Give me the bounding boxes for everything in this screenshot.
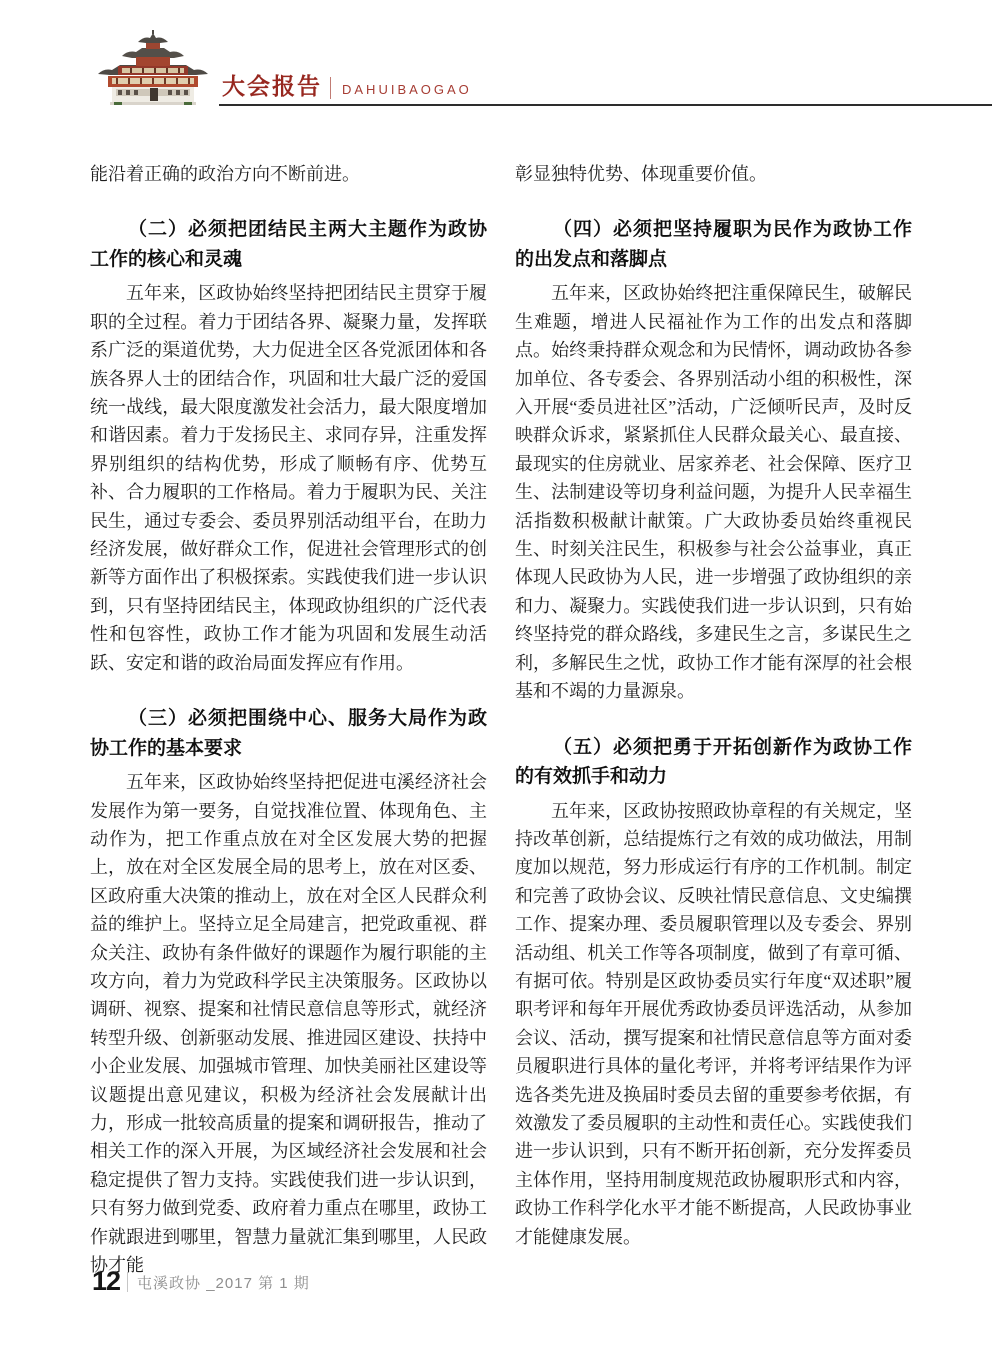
section-4-paragraph: 五年来，区政协始终把注重保障民生，破解民生难题，增进人民福祉作为工作的出发点和落…: [515, 279, 912, 705]
section-title-pinyin: DAHUIBAOGAO: [342, 82, 472, 100]
article-body: 能沿着正确的政治方向不断前进。 （二）必须把团结民主两大主题作为政协工作的核心和…: [90, 151, 912, 1279]
paragraph-continuation: 能沿着正确的政治方向不断前进。: [90, 160, 487, 188]
section-title: 大会报告: [222, 74, 322, 100]
masthead: 大会报告 DAHUIBAOGAO: [222, 68, 472, 100]
paragraph-continuation: 彰显独特优势、体现重要价值。: [515, 160, 912, 188]
section-3-paragraph: 五年来，区政协始终坚持把促进屯溪经济社会发展作为第一要务，自觉找准位置、体现角色…: [90, 768, 487, 1279]
issue-label: 屯溪政协 _2017 第 1 期: [137, 1269, 310, 1293]
section-heading-4: （四）必须把坚持履职为民作为政协工作的出发点和落脚点: [515, 215, 912, 274]
pavilion-building-logo-icon: [88, 30, 218, 108]
section-5-paragraph: 五年来，区政协按照政协章程的有关规定，坚持改革创新，总结提炼行之有效的成功做法，…: [515, 797, 912, 1252]
section-2-paragraph: 五年来，区政协始终坚持把团结民主贯穿于履职的全过程。着力于团结各界、凝聚力量，发…: [90, 279, 487, 677]
section-heading-2: （二）必须把团结民主两大主题作为政协工作的核心和灵魂: [90, 215, 487, 274]
footer-divider: [127, 1272, 128, 1292]
right-column: 彰显独特优势、体现重要价值。 （四）必须把坚持履职为民作为政协工作的出发点和落脚…: [515, 151, 912, 1279]
page-footer: 12 屯溪政协 _2017 第 1 期: [92, 1266, 310, 1296]
masthead-divider: [330, 77, 331, 99]
header-rule: [219, 104, 992, 106]
section-heading-5: （五）必须把勇于开拓创新作为政协工作的有效抓手和动力: [515, 733, 912, 792]
left-column: 能沿着正确的政治方向不断前进。 （二）必须把团结民主两大主题作为政协工作的核心和…: [90, 151, 487, 1279]
page-number: 12: [92, 1266, 120, 1297]
section-heading-3: （三）必须把围绕中心、服务大局作为政协工作的基本要求: [90, 704, 487, 763]
